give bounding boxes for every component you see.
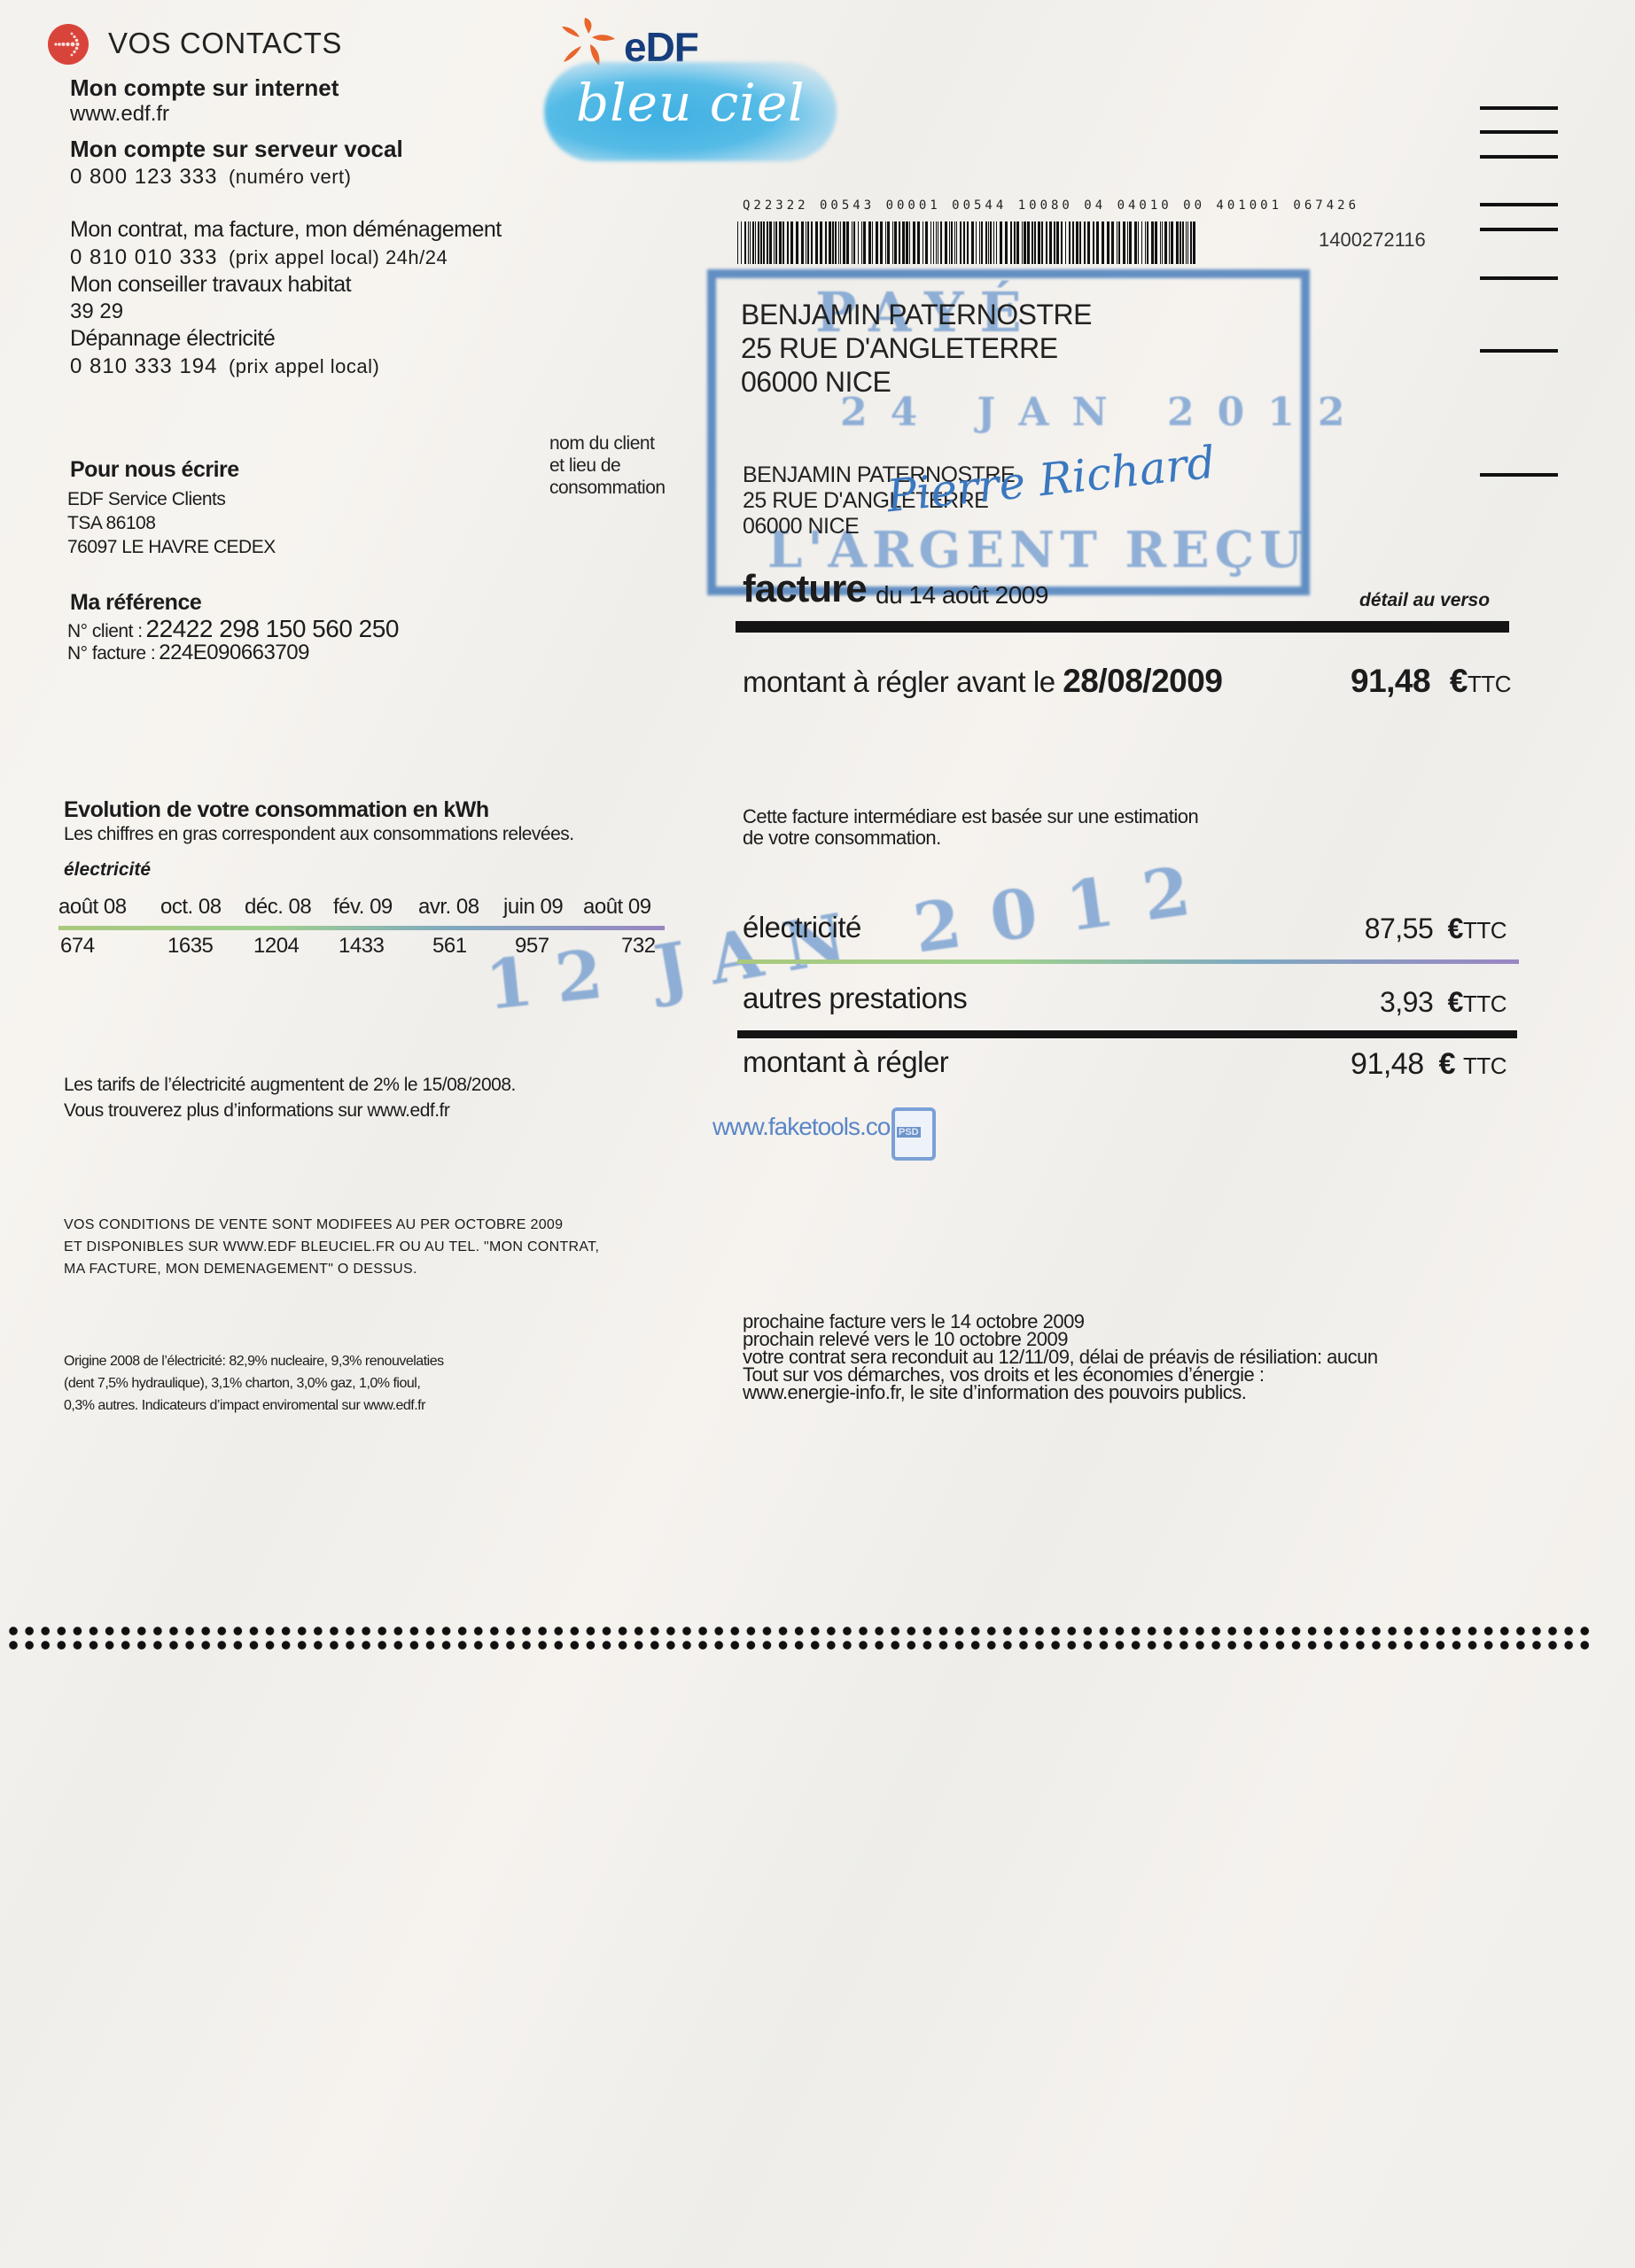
energy-label: électricité [64,859,151,881]
summary-gradient-line [737,959,1519,964]
conditions-notice: VOS CONDITIONS DE VENTE SONT MODIFEES AU… [64,1214,599,1280]
vocal-server-label: Mon compte sur serveur vocal [70,136,403,163]
consumption-subtitle: Les chiffres en gras correspondent aux c… [64,824,574,845]
write-address-line: TSA 86108 [67,511,276,535]
stamp-date-2-year: 2012 [908,847,1225,968]
mail-reference-number: 1400272116 [1319,229,1426,252]
due-amount: 91,48 [1351,663,1430,699]
label-line: et lieu de [549,454,666,477]
tear-off-perforation [5,1626,1592,1636]
period-label: déc. 08 [245,895,311,920]
margin-mark [1480,276,1558,280]
info-line: www.energie-info.fr, le site d’informati… [743,1384,1378,1402]
contract-label: Mon contrat, ma facture, mon déménagemen… [70,217,502,243]
site-city: 06000 NICE [743,514,1015,540]
arrow-right-dots-icon [48,24,89,65]
advisor-number: 39 29 [70,299,123,324]
header-divider [736,621,1509,633]
watermark-link[interactable]: www.faketools.com [712,1113,910,1141]
contract-number: 0 810 010 333 [70,245,217,269]
vocal-number: 0 800 123 333 [70,165,217,189]
amount: 91,48 [1351,1047,1424,1081]
label-line: nom du client [549,432,666,454]
reference-title: Ma référence [70,590,201,616]
contract-note: (prix appel local) 24h/24 [229,246,448,268]
tariff-notice: Les tarifs de l’électricité augmentent d… [64,1072,516,1123]
notice-line: de votre consommation. [743,827,1198,849]
notice-line: Vous trouverez plus d’informations sur w… [64,1098,516,1123]
barcode [737,221,1198,264]
currency: € [1450,663,1468,699]
currency: € [1448,913,1463,944]
margin-mark [1480,130,1558,134]
period-label: oct. 08 [160,895,222,920]
origin-notice: Origine 2008 de l’électricité: 82,9% nuc… [64,1350,444,1417]
write-address-line: 76097 LE HAVRE CEDEX [67,535,276,559]
estimation-notice: Cette facture intermédiare est basée sur… [743,806,1198,849]
recipient-street: 25 RUE D'ANGLETERRE [741,331,1092,365]
consumption-periods: août 08oct. 08déc. 08fév. 09avr. 08juin … [58,895,665,921]
tax-suffix: TTC [1463,990,1507,1017]
tax-suffix: TTC [1468,671,1511,697]
period-value: 674 [60,934,95,959]
barcode-digits: Q22322 00543 00001 00544 10080 04 04010 … [743,198,1359,213]
tax-suffix: TTC [1463,1052,1507,1079]
write-title: Pour nous écrire [70,457,239,483]
invoice-number-row: N° facture : 224E090663709 [67,641,309,665]
tax-suffix: TTC [1463,917,1507,944]
period-label: juin 09 [503,895,563,920]
amount: 87,55 [1365,913,1434,944]
notice-line: Origine 2008 de l’électricité: 82,9% nuc… [64,1350,444,1372]
notice-line: (dent 7,5% hydraulique), 3,1% charton, 3… [64,1372,444,1394]
next-invoice-info: prochaine facture vers le 14 octobre 200… [743,1313,1378,1402]
psd-label: PSD [897,1127,921,1138]
margin-mark [1480,473,1558,477]
internet-url-link[interactable]: www.edf.fr [70,102,169,127]
line-item-amount: 3,93 €TTC [1329,986,1507,1019]
margin-mark [1480,106,1558,110]
total-amount: 91,48 € TTC [1312,1047,1507,1082]
recipient-address: BENJAMIN PATERNOSTRE 25 RUE D'ANGLETERRE… [741,298,1092,399]
notice-line: ET DISPONIBLES SUR WWW.EDF BLEUCIEL.FR O… [64,1236,599,1258]
amount: 3,93 [1380,986,1433,1018]
stamp-date-2-day: 12 [482,932,629,1025]
margin-mark [1480,155,1558,159]
period-value: 1433 [339,934,384,959]
consumption-site-label: nom du client et lieu de consommation [549,432,666,499]
currency: € [1439,1047,1455,1081]
period-label: août 08 [58,895,127,920]
advisor-label: Mon conseiller travaux habitat [70,272,351,298]
due-label: montant à régler avant le [743,665,1055,698]
internet-account-label: Mon compte sur internet [70,74,339,102]
period-value: 561 [432,934,467,959]
recipient-city: 06000 NICE [741,365,1092,399]
currency: € [1448,986,1463,1018]
period-value: 1635 [167,934,213,959]
notice-line: Cette facture intermédiare est basée sur… [743,806,1198,827]
vocal-note: (numéro vert) [229,166,352,188]
period-label: août 09 [583,895,651,920]
total-label: montant à régler [743,1045,948,1079]
due-date: 28/08/2009 [1063,663,1222,699]
notice-line: Les tarifs de l’électricité augmentent d… [64,1072,516,1098]
due-amount-block: 91,48 €TTC [1351,663,1511,700]
client-number-label: N° client : [67,621,143,641]
invoice-title: facture [743,567,867,611]
total-divider [737,1030,1517,1038]
write-address: EDF Service Clients TSA 86108 76097 LE H… [67,487,276,559]
period-value: 1204 [253,934,299,959]
margin-mark [1480,228,1558,231]
due-row: montant à régler avant le 28/08/2009 [743,663,1222,700]
detail-overleaf-link[interactable]: détail au verso [1359,590,1490,611]
psd-file-icon: PSD [891,1107,936,1161]
margin-mark [1480,203,1558,206]
repair-note: (prix appel local) [229,355,379,377]
tear-off-perforation [5,1640,1592,1651]
consumption-title: Evolution de votre consommation en kWh [64,797,489,823]
write-address-line: EDF Service Clients [67,487,276,511]
offer-name: bleu ciel [576,73,806,133]
period-label: fév. 09 [333,895,393,920]
notice-line: 0,3% autres. Indicateurs d’impact enviro… [64,1394,444,1417]
line-item-label: électricité [743,911,861,944]
invoice-number-label: N° facture : [67,643,155,664]
label-line: consommation [549,477,666,499]
repair-number: 0 810 333 194 [70,354,217,378]
notice-line: VOS CONDITIONS DE VENTE SONT MODIFEES AU… [64,1214,599,1236]
notice-line: MA FACTURE, MON DEMENAGEMENT" O DESSUS. [64,1258,599,1280]
line-item-label: autres prestations [743,982,967,1015]
margin-mark [1480,349,1558,353]
period-label: avr. 08 [418,895,479,920]
consumption-gradient-line [58,926,665,930]
client-number: 22422 298 150 560 250 [146,615,399,642]
invoice-date: du 14 août 2009 [876,581,1048,610]
contract-line: 0 810 010 333 (prix appel local) 24h/24 [70,245,448,270]
invoice-number: 224E090663709 [159,641,309,664]
contacts-title: VOS CONTACTS [108,27,342,60]
client-number-row: N° client : 22422 298 150 560 250 [67,615,399,643]
line-item-amount: 87,55 €TTC [1329,913,1507,945]
repair-label: Dépannage électricité [70,326,275,352]
vocal-server-line: 0 800 123 333 (numéro vert) [70,165,351,190]
recipient-name: BENJAMIN PATERNOSTRE [741,298,1092,331]
repair-line: 0 810 333 194 (prix appel local) [70,354,379,379]
